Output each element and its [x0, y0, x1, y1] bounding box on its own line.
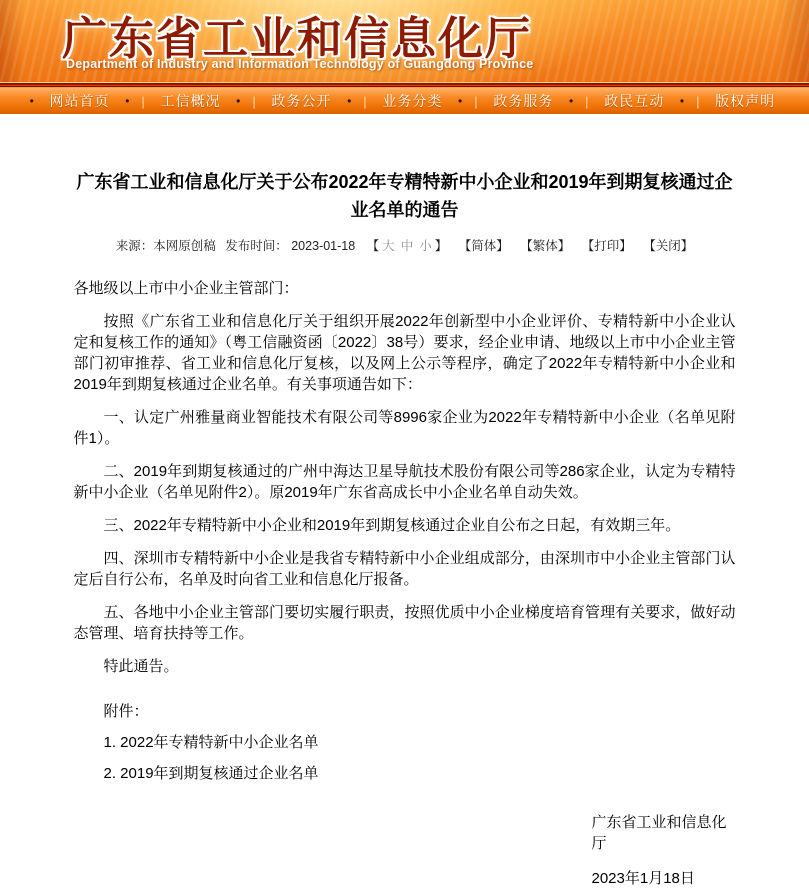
nav-item-home[interactable]: 网站首页	[50, 91, 110, 111]
signature-block: 广东省工业和信息化厅 2023年1月18日	[592, 812, 736, 889]
attachments-section: 附件： 1. 2022年专精特新中小企业名单 2. 2019年到期复核通过企业名…	[74, 701, 736, 784]
nav-item-business-category[interactable]: 业务分类	[382, 91, 442, 111]
nav-bullet-icon: •	[680, 95, 684, 107]
nav-item-copyright[interactable]: 版权声明	[715, 91, 775, 111]
nav-item-profile[interactable]: 工信概况	[160, 91, 220, 111]
paragraph: 四、深圳市专精特新中小企业是我省专精特新中小企业组成部分，由深圳市中小企业主管部…	[74, 548, 736, 590]
font-size-medium-button[interactable]: 中	[401, 236, 414, 254]
nav-separator: •|	[236, 94, 256, 109]
article-source: 来源：本网原创稿	[116, 236, 216, 254]
attachment-link-2[interactable]: 2. 2019年到期复核通过企业名单	[104, 765, 319, 782]
signature-organization: 广东省工业和信息化厅	[592, 812, 736, 854]
attachment-link-1[interactable]: 1. 2022年专精特新中小企业名单	[104, 734, 319, 751]
salutation: 各地级以上市中小企业主管部门：	[74, 278, 736, 299]
close-button[interactable]: 【关闭】	[643, 236, 693, 254]
signature-date: 2023年1月18日	[592, 868, 736, 889]
paragraph: 二、2019年到期复核通过的广州中海达卫星导航技术股份有限公司等286家企业，认…	[74, 461, 736, 503]
nav-separator: •|	[458, 94, 478, 109]
attachments-label: 附件：	[74, 701, 736, 722]
traditional-chinese-button[interactable]: 【繁体】	[520, 236, 570, 254]
simplified-chinese-button[interactable]: 【简体】	[459, 236, 509, 254]
paragraph: 五、各地中小企业主管部门要切实履行职责，按照优质中小企业梯度培育管理有关要求，做…	[74, 602, 736, 644]
font-size-bracket-close: 】	[435, 236, 448, 254]
paragraph: 一、认定广州雅量商业智能技术有限公司等8996家企业为2022年专精特新中小企业…	[74, 407, 736, 449]
nav-bullet-icon: •	[347, 95, 351, 107]
nav-bullet-icon: •	[458, 95, 462, 107]
article-container: 广东省工业和信息化厅关于公布2022年专精特新中小企业和2019年到期复核通过企…	[74, 168, 736, 893]
nav-pipe-icon: |	[363, 94, 366, 109]
nav-separator: •|	[569, 94, 589, 109]
nav-separator: •|	[125, 94, 145, 109]
article-meta-bar: 来源：本网原创稿 发布时间： 2023-01-18 【大中小】 【简体】 【繁体…	[74, 236, 736, 254]
font-size-small-button[interactable]: 小	[419, 236, 432, 254]
nav-bullet-icon: •	[569, 95, 573, 107]
article-title: 广东省工业和信息化厅关于公布2022年专精特新中小企业和2019年到期复核通过企…	[74, 168, 736, 224]
nav-item-public-interaction[interactable]: 政民互动	[604, 91, 664, 111]
main-nav: • 网站首页 •| 工信概况 •| 政务公开 •| 业务分类 •| 政务服务 •…	[0, 88, 809, 114]
nav-bullet-icon: •	[30, 95, 34, 107]
nav-pipe-icon: |	[141, 94, 144, 109]
nav-separator: •|	[347, 94, 367, 109]
site-banner: 广东省工业和信息化厅 Department of Industry and In…	[0, 0, 809, 82]
nav-separator: •|	[680, 94, 700, 109]
nav-pipe-icon: |	[696, 94, 699, 109]
nav-pipe-icon: |	[474, 94, 477, 109]
nav-pipe-icon: |	[252, 94, 255, 109]
nav-item-public-affairs[interactable]: 政务公开	[271, 91, 331, 111]
nav-item-government-services[interactable]: 政务服务	[493, 91, 553, 111]
article-publish-time: 发布时间： 2023-01-18	[225, 236, 355, 254]
article-body: 各地级以上市中小企业主管部门： 按照《广东省工业和信息化厅关于组织开展2022年…	[74, 278, 736, 677]
paragraph: 三、2022年专精特新中小企业和2019年到期复核通过企业自公布之日起，有效期三…	[74, 515, 736, 536]
closing-statement: 特此通告。	[74, 656, 736, 677]
font-size-large-button[interactable]: 大	[382, 236, 395, 254]
nav-pipe-icon: |	[585, 94, 588, 109]
paragraph: 按照《广东省工业和信息化厅关于组织开展2022年创新型中小企业评价、专精特新中小…	[74, 311, 736, 395]
nav-bullet-icon: •	[125, 95, 129, 107]
print-button[interactable]: 【打印】	[582, 236, 632, 254]
nav-bullet-icon: •	[236, 95, 240, 107]
site-subtitle-en: Department of Industry and Information T…	[66, 57, 533, 71]
font-size-bracket-open: 【	[367, 236, 380, 254]
